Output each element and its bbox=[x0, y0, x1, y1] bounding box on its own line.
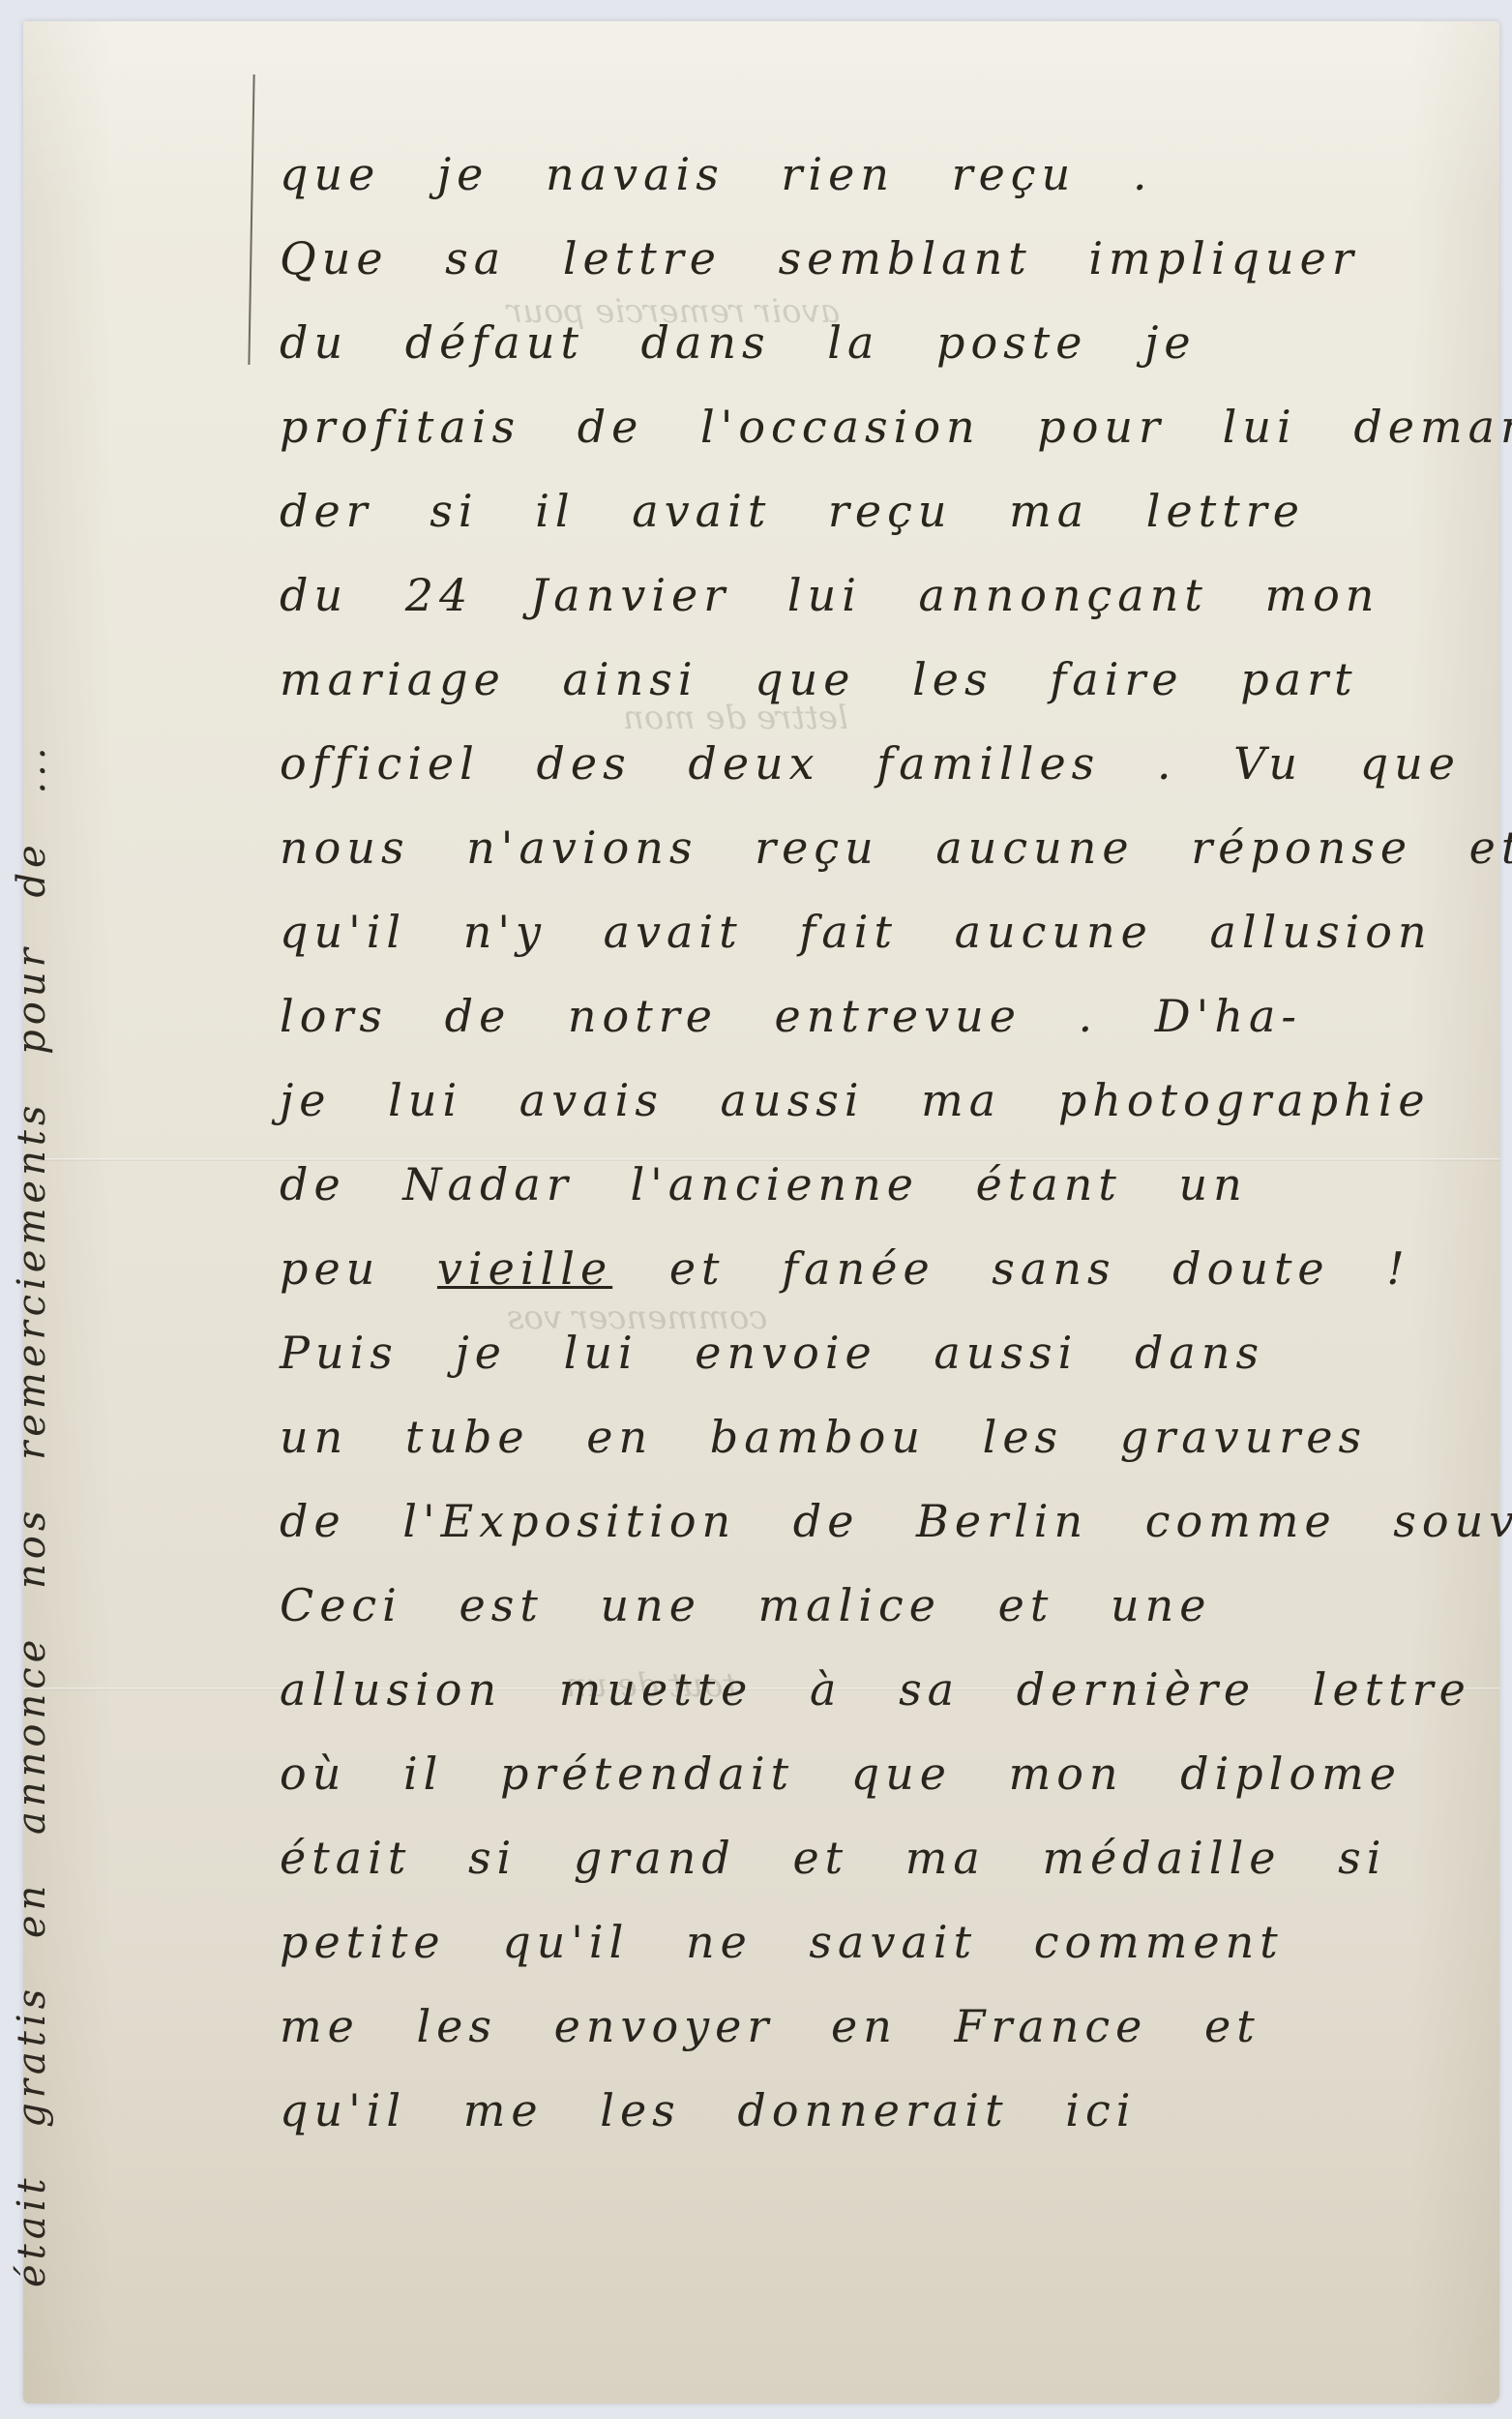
letter-line: lors de notre entrevue . D'ha- bbox=[280, 974, 1489, 1059]
letter-line: de l'Exposition de Berlin comme souvenir… bbox=[280, 1479, 1489, 1564]
letter-line: de Nadar l'ancienne étant un bbox=[280, 1143, 1489, 1227]
letter-line: du défaut dans la poste je bbox=[280, 301, 1489, 385]
letter-line: me les envoyer en France et bbox=[280, 1985, 1489, 2069]
letter-line: qu'il n'y avait fait aucune allusion bbox=[280, 890, 1489, 974]
letter-line: du 24 Janvier lui annonçant mon bbox=[280, 553, 1489, 638]
letter-line: profitais de l'occasion pour lui deman- bbox=[280, 385, 1489, 469]
letter-line: Puis je lui envoie aussi dans bbox=[280, 1311, 1489, 1395]
letter-line: était si grand et ma médaille si bbox=[280, 1816, 1489, 1900]
letter-sheet: avoir remercie pour lettre de mon commen… bbox=[23, 21, 1499, 2404]
letter-line: où il prétendait que mon diplome bbox=[280, 1732, 1489, 1816]
letter-line: Que sa lettre semblant impliquer bbox=[280, 217, 1489, 301]
letter-line: je lui avais aussi ma photographie bbox=[280, 1059, 1489, 1143]
letter-line: der si il avait reçu ma lettre bbox=[280, 469, 1489, 553]
letter-line: nous n'avions reçu aucune réponse et bbox=[280, 806, 1489, 890]
letter-line: que je navais rien reçu . bbox=[280, 133, 1489, 217]
letter-body: que je navais rien reçu . Que sa lettre … bbox=[280, 133, 1489, 2153]
margin-note: Je me dis que la présentation a été fait… bbox=[0, 159, 62, 2287]
letter-line: petite qu'il ne savait comment bbox=[280, 1900, 1489, 1985]
letter-line: allusion muette à sa dernière lettre bbox=[280, 1648, 1489, 1732]
letter-line: mariage ainsi que les faire part bbox=[280, 638, 1489, 722]
letter-line: qu'il me les donnerait ici bbox=[280, 2069, 1489, 2153]
underlined-word: vieille bbox=[437, 1242, 612, 1295]
margin-line: était gratis en annonce nos remerciement… bbox=[2, 159, 62, 2287]
letter-line: officiel des deux familles . Vu que bbox=[280, 722, 1489, 806]
letter-line: Ceci est une malice et une bbox=[280, 1564, 1489, 1648]
letter-line-underlined: peu vieille et fanée sans doute ! bbox=[280, 1227, 1489, 1311]
letter-line: un tube en bambou les gravures bbox=[280, 1395, 1489, 1479]
margin-rule bbox=[248, 75, 254, 365]
